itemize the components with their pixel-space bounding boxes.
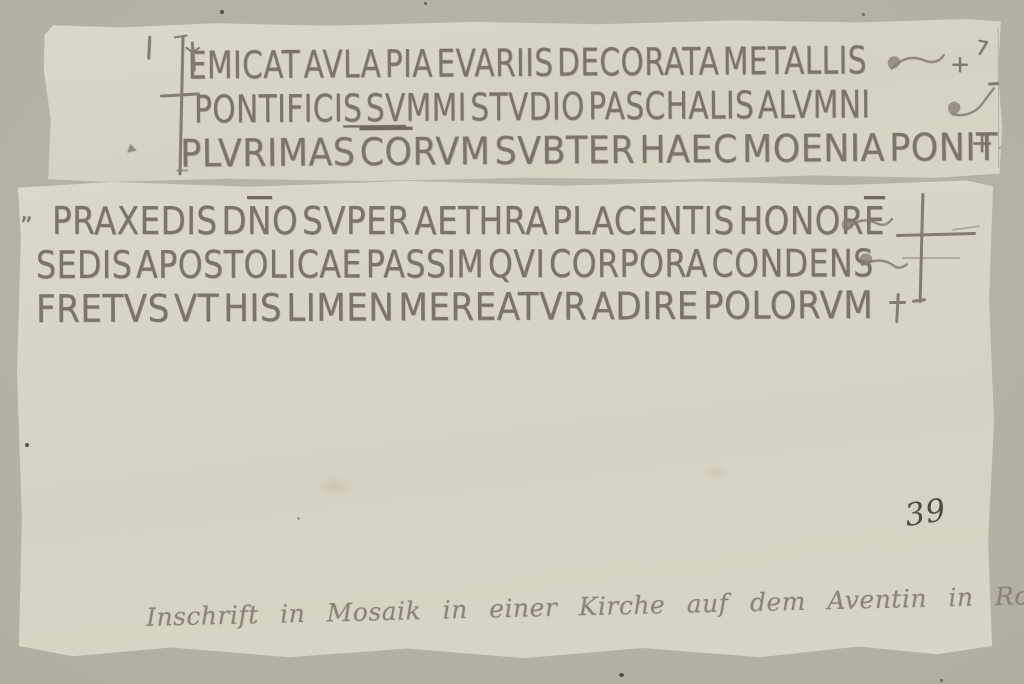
patriarchal-cross-icon	[890, 193, 986, 309]
plus-mark: +	[970, 126, 994, 159]
inscription-segment: PONTIFICI	[194, 86, 343, 131]
inscription-segment: O SVPER AETHRA PLACENTIS HONOR	[272, 199, 864, 243]
inscription-segment: PRAXEDIS D	[52, 199, 247, 243]
hedera-leaf-flourish-icon	[882, 48, 946, 78]
inscription-line: EMICAT AVLA PIA EVARIIS DECORATA METALLI…	[188, 38, 875, 87]
small-cross-icon	[184, 41, 202, 73]
small-latin-cross-icon	[886, 293, 908, 325]
inscription-line: PRAXEDIS DNO SVPER AETHRA PLACENTIS HONO…	[52, 199, 901, 243]
speck	[940, 679, 943, 682]
hedera-leaf-flourish-icon	[836, 211, 894, 241]
inscription-segment: S SV	[343, 86, 406, 130]
plus-mark: +	[950, 50, 970, 78]
mount-board: EMICAT AVLA PIA EVARIIS DECORATA METALLI…	[0, 0, 1024, 684]
speck	[424, 2, 427, 5]
inscription-line: PLVRIMAS CORVM SVBTER HAEC MOENIA PONIT	[180, 125, 998, 176]
inscription-segment: N	[247, 199, 272, 243]
inscription-line: FRETVS VT HIS LIMEN MEREATVR ADIRE POLOR…	[36, 283, 939, 331]
double-comma-mark: „	[20, 197, 32, 225]
page-number: 39	[902, 492, 949, 534]
speck	[619, 673, 624, 677]
speck	[220, 10, 224, 14]
inscription-segment: PLVRIMAS	[180, 130, 360, 175]
inscription-line: SEDIS APOSTOLICAE PASSIM QVI CORPORA CON…	[36, 241, 874, 287]
inscription-segment: CO	[359, 130, 412, 174]
inscription-segment: SEDIS APOSTOLICAE PASSIM QVI CORPORA CON…	[36, 241, 874, 287]
speck	[862, 13, 865, 16]
inscription-segment: EMICAT AVLA PIA EVARIIS DECORATA METALLI…	[188, 38, 867, 87]
caret-mark	[125, 143, 136, 153]
inscription-segment: FRETVS VT HIS LIMEN MEREATVR ADIRE POLOR…	[36, 283, 873, 331]
inscription-segment: RVM SVBTER HAEC MOENIA PONIT	[412, 125, 998, 174]
inscription-line: PONTIFICIS SVMMI STVDIO PASCHALIS ALVMNI	[194, 82, 877, 131]
upper-inscription-sheet: EMICAT AVLA PIA EVARIIS DECORATA METALLI…	[42, 18, 1005, 184]
speck	[25, 443, 29, 447]
inscription-segment: MMI STVDIO PASCHALIS ALVMNI	[406, 82, 871, 130]
